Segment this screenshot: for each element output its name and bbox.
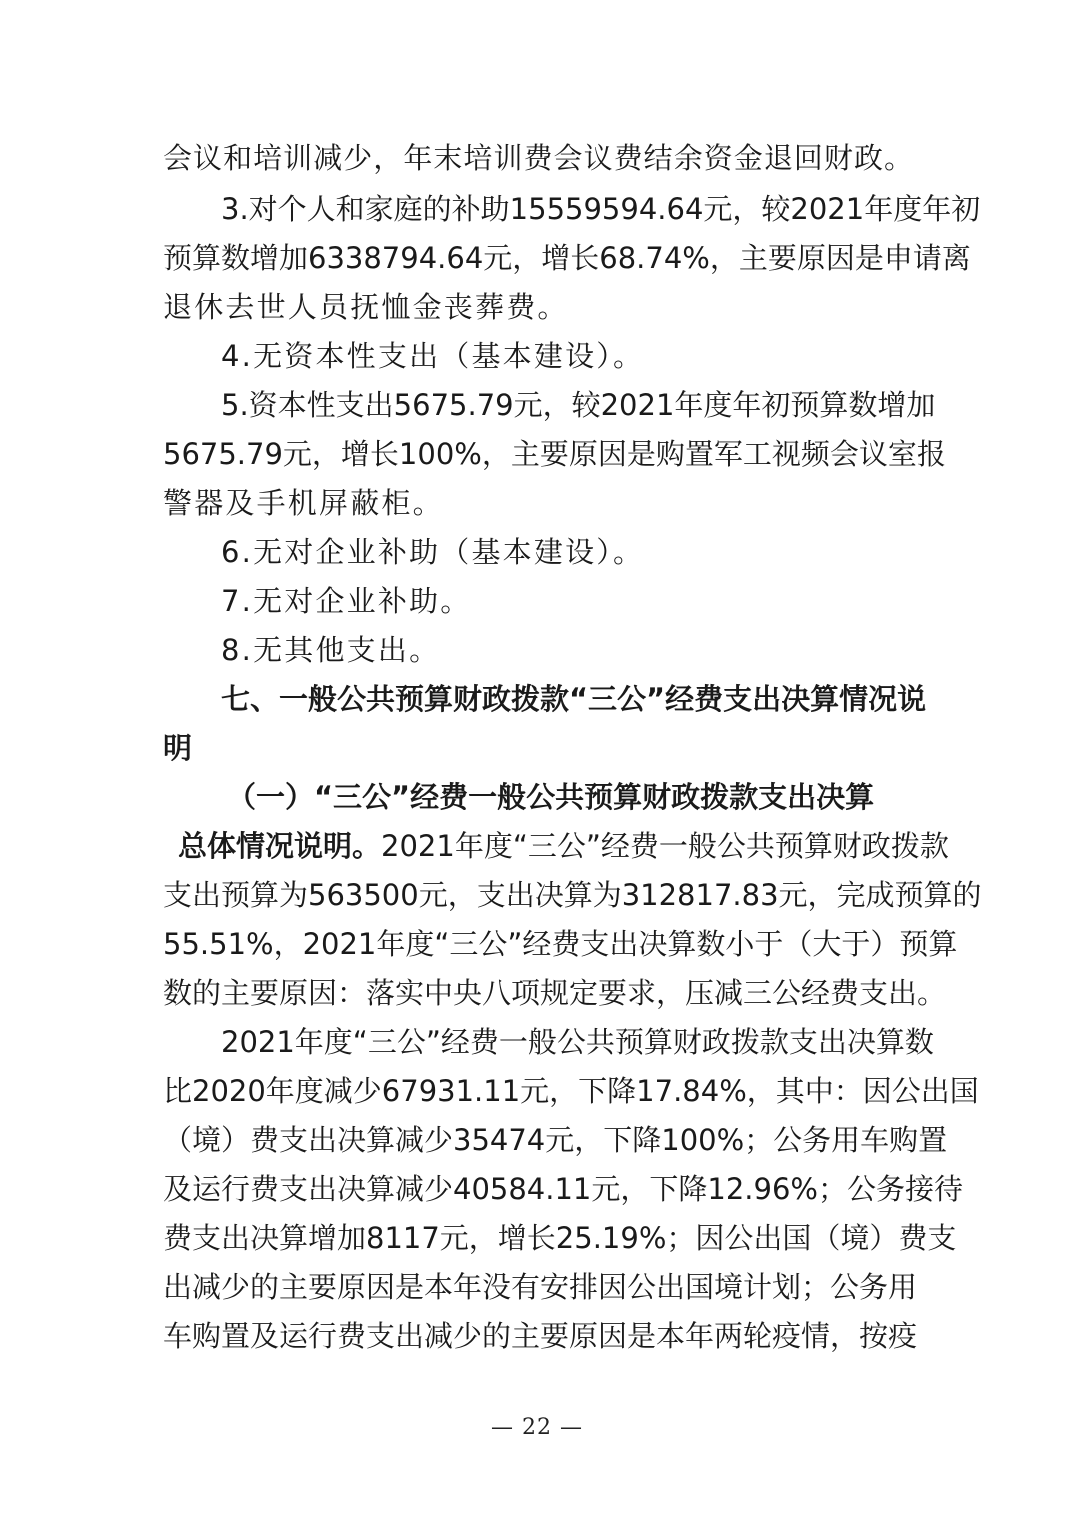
subsection-body-text: 2021年度“三公”经费一般公共预算财政拨款 xyxy=(381,826,949,866)
comparison-line-7: 车购置及运行费支出减少的主要原因是本年两轮疫情，按疫 xyxy=(163,1316,913,1356)
page-number: — 22 — xyxy=(0,1413,1074,1443)
comparison-line-6: 出减少的主要原因是本年没有安排因公出国境计划；公务用 xyxy=(163,1267,913,1307)
document-page: 会议和培训减少，年末培训费会议费结余资金退回财政。 3.对个人和家庭的补助155… xyxy=(0,0,1074,1520)
list-item-3-line-3: 退休去世人员抚恤金丧葬费。 xyxy=(163,287,913,327)
list-item-3-line-2: 预算数增加6338794.64元，增长68.74%，主要原因是申请离 xyxy=(163,238,913,278)
list-item-7: 7.无对企业补助。 xyxy=(221,581,913,621)
list-item-5-line-2: 5675.79元，增长100%，主要原因是购置军工视频会议室报 xyxy=(163,434,913,474)
list-item-8: 8.无其他支出。 xyxy=(221,630,913,670)
section-heading: 七、一般公共预算财政拨款“三公”经费支出决算情况说 xyxy=(221,679,913,719)
comparison-line-4: 及运行费支出决算减少40584.11元，下降12.96%；公务接待 xyxy=(163,1169,913,1209)
comparison-line-1: 2021年度“三公”经费一般公共预算财政拨款支出决算数 xyxy=(221,1022,913,1062)
subsection-heading: （一）“三公”经费一般公共预算财政拨款支出决算 xyxy=(227,777,857,817)
comparison-line-3: （境）费支出决算减少35474元，下降100%；公务用车购置 xyxy=(163,1120,913,1160)
list-item-5-line-1: 5.资本性支出5675.79元，较2021年度年初预算数增加 xyxy=(221,385,913,425)
list-item-6: 6.无对企业补助（基本建设）。 xyxy=(221,532,913,572)
subsection-body-line-1: 总体情况说明。 2021年度“三公”经费一般公共预算财政拨款 xyxy=(178,826,913,866)
list-item-4: 4.无资本性支出（基本建设）。 xyxy=(221,336,913,376)
section-heading-continued: 明 xyxy=(163,728,913,768)
subsection-body-line-3: 55.51%，2021年度“三公”经费支出决算数小于（大于）预算 xyxy=(163,924,913,964)
subsection-body-line-2: 支出预算为563500元，支出决算为312817.83元，完成预算的 xyxy=(163,875,913,915)
list-item-3-line-1: 3.对个人和家庭的补助15559594.64元，较2021年度年初 xyxy=(221,189,913,229)
paragraph-line: 会议和培训减少，年末培训费会议费结余资金退回财政。 xyxy=(163,138,913,178)
list-item-5-line-3: 警器及手机屏蔽柜。 xyxy=(163,483,913,523)
comparison-line-5: 费支出决算增加8117元，增长25.19%；因公出国（境）费支 xyxy=(163,1218,913,1258)
subsection-body-line-4: 数的主要原因：落实中央八项规定要求，压减三公经费支出。 xyxy=(163,973,913,1013)
comparison-line-2: 比2020年度减少67931.11元，下降17.84%，其中：因公出国 xyxy=(163,1071,913,1111)
subsection-lead: 总体情况说明。 xyxy=(178,826,381,866)
